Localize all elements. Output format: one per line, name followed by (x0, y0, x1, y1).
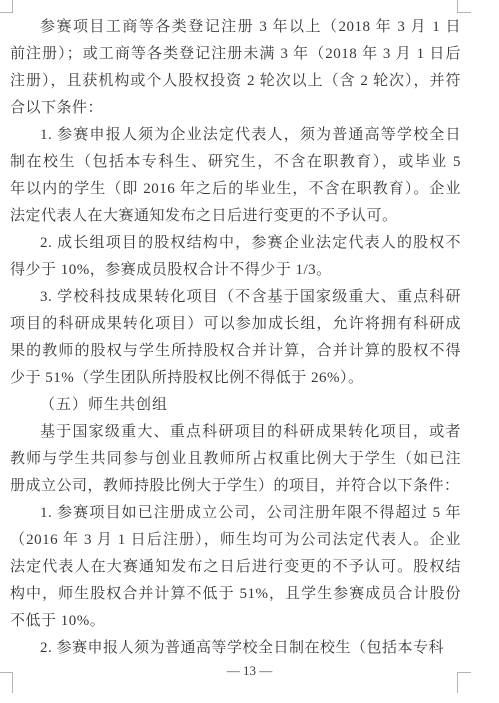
section-heading-line: （五）师生共创组 (10, 392, 461, 419)
paragraph-line: 前注册）；或工商等各类登记注册未满 3 年（2018 年 3 月 1 日后 (10, 41, 461, 68)
paragraph-line: 1. 参赛项目如已注册成立公司，公司注册年限不得超过 5 年 (10, 500, 461, 527)
document-body: 参赛项目工商等各类登记注册 3 年以上（2018 年 3 月 1 日前注册）；或… (10, 14, 461, 662)
paragraph-line: 少于 51%（学生团队所持股权比例不得低于 26%）。 (10, 365, 461, 392)
paragraph-line: 年以内的学生（即 2016 年之后的毕业生，不含在职教育）。企业 (10, 176, 461, 203)
paragraph-line: 项目的科研成果转化项目）可以参加成长组，允许将拥有科研成 (10, 311, 461, 338)
paragraph-line: 2. 参赛申报人须为普通高等学校全日制在校生（包括本专科 (10, 635, 461, 662)
paragraph-line: （2016 年 3 月 1 日后注册），师生均可为公司法定代表人。企业 (10, 527, 461, 554)
paragraph-line: 制在校生（包括本专科生、研究生，不含在职教育），或毕业 5 (10, 149, 461, 176)
paragraph-line: 2. 成长组项目的股权结构中，参赛企业法定代表人的股权不 (10, 230, 461, 257)
page-number: — 13 — (0, 662, 499, 680)
paragraph-line: 教师与学生共同参与创业且教师所占权重比例大于学生（如已注 (10, 446, 461, 473)
paragraph-line: 1. 参赛申报人须为企业法定代表人，须为普通高等学校全日 (10, 122, 461, 149)
paragraph-line: 构中，师生股权合并计算不低于 51%，且学生参赛成员合计股份 (10, 581, 461, 608)
paragraph-line: 册成立公司，教师持股比例大于学生）的项目，并符合以下条件： (10, 473, 461, 500)
paragraph-line: 法定代表人在大赛通知发布之日后进行变更的不予认可。股权结 (10, 554, 461, 581)
paragraph-line: 得少于 10%，参赛成员股权合计不得少于 1/3。 (10, 257, 461, 284)
paragraph-line: 注册），且获机构或个人股权投资 2 轮次以上（含 2 轮次），并符 (10, 68, 461, 95)
paragraph-line: 基于国家级重大、重点科研项目的科研成果转化项目，或者 (10, 419, 461, 446)
paragraph-line: 合以下条件： (10, 95, 461, 122)
document-page: 参赛项目工商等各类登记注册 3 年以上（2018 年 3 月 1 日前注册）；或… (0, 0, 499, 703)
paragraph-line: 3. 学校科技成果转化项目（不含基于国家级重大、重点科研 (10, 284, 461, 311)
paragraph-line: 参赛项目工商等各类登记注册 3 年以上（2018 年 3 月 1 日 (10, 14, 461, 41)
paragraph-line: 不低于 10%。 (10, 608, 461, 635)
margin-corner-top-right-mark (457, 0, 471, 13)
margin-corner-top-left-mark (0, 0, 13, 13)
paragraph-line: 果的教师的股权与学生所持股权合并计算，合并计算的股权不得 (10, 338, 461, 365)
paragraph-line: 法定代表人在大赛通知发布之日后进行变更的不予认可。 (10, 203, 461, 230)
